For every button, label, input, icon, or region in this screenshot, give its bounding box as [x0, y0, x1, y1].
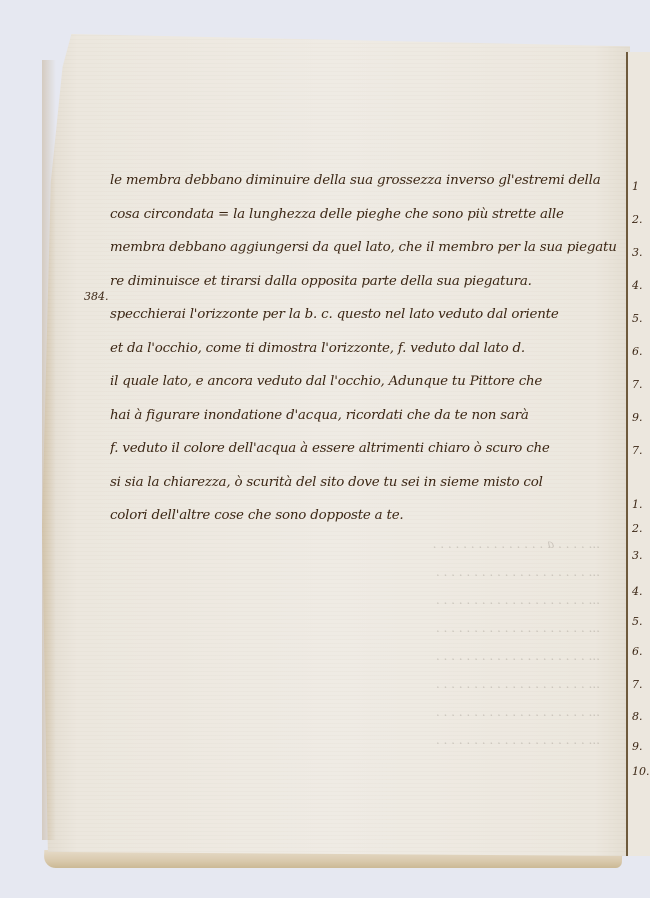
numeral: 9.: [632, 740, 643, 753]
numeral: 6.: [632, 345, 643, 358]
numeral: 1.: [632, 498, 643, 511]
text-line: specchierai l'orizzonte per la b. c. que…: [110, 298, 630, 332]
numeral: 3.: [632, 246, 643, 259]
text-line: et da l'occhio, come ti dimostra l'orizz…: [110, 332, 630, 366]
numeral: 5.: [632, 312, 643, 325]
numeral: 3.: [632, 549, 643, 562]
ghost-line: ... . . . . . . . . . . . . . . . . . . …: [80, 614, 600, 642]
text-line: colori dell'altre cose che sono dopposte…: [110, 499, 630, 533]
ghost-line: ... . . . . a . . . . . . . . . . . . . …: [80, 530, 600, 558]
text-line: membra debbano aggiungersi da quel lato,…: [110, 231, 630, 265]
numeral: 9.: [632, 411, 643, 424]
numeral: 7.: [632, 678, 643, 691]
text-line: le membra debbano diminuire della sua gr…: [110, 164, 630, 198]
numeral: 5.: [632, 615, 643, 628]
ghost-line: ... . . . . . . . . . . . . . . . . . . …: [80, 586, 600, 614]
numeral: 7.: [632, 444, 643, 457]
ghost-line: ... . . . . . . . . . . . . . . . . . . …: [80, 698, 600, 726]
text-line: cosa circondata = la lunghezza delle pie…: [110, 198, 630, 232]
bleed-through-text: ... . . . . a . . . . . . . . . . . . . …: [80, 530, 600, 754]
page-edge-stain: [42, 60, 56, 840]
ghost-line: ... . . . . . . . . . . . . . . . . . . …: [80, 726, 600, 754]
ghost-line: ... . . . . . . . . . . . . . . . . . . …: [80, 642, 600, 670]
ghost-line: ... . . . . . . . . . . . . . . . . . . …: [80, 558, 600, 586]
text-line: re diminuisce et tirarsi dalla opposita …: [110, 265, 630, 299]
numeral: 2.: [632, 522, 643, 535]
text-line: hai à figurare inondatione d'acqua, rico…: [110, 399, 630, 433]
numeral: 6.: [632, 645, 643, 658]
ghost-line: ... . . . . . . . . . . . . . . . . . . …: [80, 670, 600, 698]
numeral: 2.: [632, 213, 643, 226]
numeral: 10.: [632, 765, 650, 778]
numeral: 4.: [632, 585, 643, 598]
text-line: f. veduto il colore dell'acqua à essere …: [110, 432, 630, 466]
numeral: 4.: [632, 279, 643, 292]
manuscript-text: le membra debbano diminuire della sua gr…: [110, 164, 630, 533]
margin-note: 384.: [84, 290, 109, 303]
text-line: il quale lato, e ancora veduto dal l'occ…: [110, 365, 630, 399]
text-line: si sia la chiarezza, ò scurità del sito …: [110, 466, 630, 500]
numeral: 7.: [632, 378, 643, 391]
numeral: 8.: [632, 710, 643, 723]
numeral: 1: [632, 180, 639, 193]
